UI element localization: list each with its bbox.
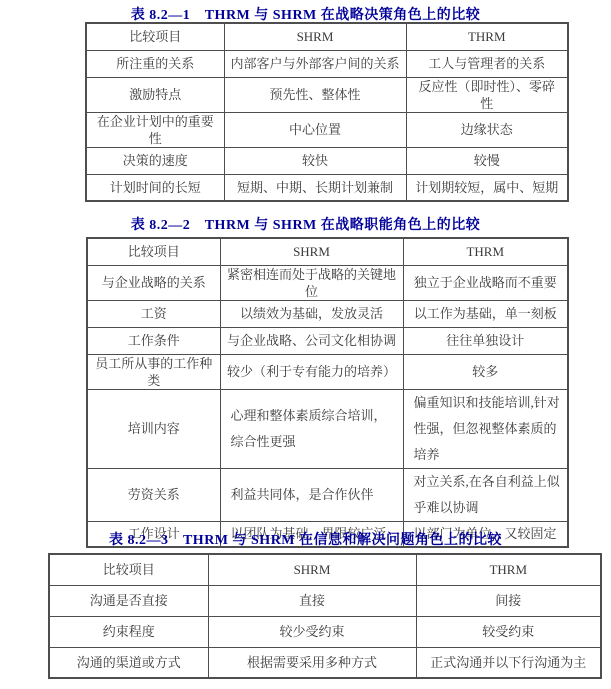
data-cell-shrm: 心理和整体素质综合培训，综合性更强 bbox=[220, 389, 403, 468]
data-cell-thrm: 较慢 bbox=[406, 147, 568, 174]
table-2-strategic-function-comparison: 比较项目 SHRM THRM 与企业战略的关系 紧密相连而处于战略的关键地位 独… bbox=[86, 237, 569, 548]
data-cell-thrm: 对立关系,在各自利益上似乎难以协调 bbox=[403, 468, 568, 521]
data-cell-thrm: 以工作为基础，单一刻板 bbox=[403, 300, 568, 327]
table-row: 培训内容 心理和整体素质综合培训，综合性更强 偏重知识和技能培训,针对性强，但忽… bbox=[87, 389, 568, 468]
table-row: 计划时间的长短 短期、中期、长期计划兼制 计划期较短，属中、短期 bbox=[86, 174, 568, 201]
header-cell-thrm: THRM bbox=[406, 23, 568, 50]
data-cell-thrm: 独立于企业战略而不重要 bbox=[403, 265, 568, 300]
row-label-cell: 员工所从事的工作种类 bbox=[87, 354, 220, 389]
table-row: 沟通是否直接 直接 间接 bbox=[49, 585, 601, 616]
data-cell-shrm: 与企业战略、公司文化相协调 bbox=[220, 327, 403, 354]
table-1-title: 表 8.2—1 THRM 与 SHRM 在战略决策角色上的比较 bbox=[0, 4, 611, 24]
table-row: 激励特点 预先性、整体性 反应性（即时性）、零碎性 bbox=[86, 77, 568, 112]
data-cell-thrm: 较多 bbox=[403, 354, 568, 389]
table-row: 工作条件 与企业战略、公司文化相协调 往往单独设计 bbox=[87, 327, 568, 354]
table-row: 员工所从事的工作种类 较少（利于专有能力的培养） 较多 bbox=[87, 354, 568, 389]
header-cell-shrm: SHRM bbox=[208, 554, 416, 585]
data-cell-thrm: 较受约束 bbox=[416, 616, 601, 647]
data-cell-shrm: 利益共同体，是合作伙伴 bbox=[220, 468, 403, 521]
header-cell-compare-item: 比较项目 bbox=[86, 23, 224, 50]
data-cell-shrm: 直接 bbox=[208, 585, 416, 616]
header-cell-thrm: THRM bbox=[416, 554, 601, 585]
row-label-cell: 劳资关系 bbox=[87, 468, 220, 521]
table-row: 约束程度 较少受约束 较受约束 bbox=[49, 616, 601, 647]
data-cell-shrm: 较少受约束 bbox=[208, 616, 416, 647]
data-cell-thrm: 正式沟通并以下行沟通为主 bbox=[416, 647, 601, 678]
row-label-cell: 激励特点 bbox=[86, 77, 224, 112]
table-row-header: 比较项目 SHRM THRM bbox=[49, 554, 601, 585]
data-cell-thrm: 间接 bbox=[416, 585, 601, 616]
document-page: 表 8.2—1 THRM 与 SHRM 在战略决策角色上的比较 比较项目 SHR… bbox=[0, 0, 611, 689]
data-cell-shrm: 紧密相连而处于战略的关键地位 bbox=[220, 265, 403, 300]
table-row-header: 比较项目 SHRM THRM bbox=[87, 238, 568, 265]
data-cell-shrm: 较少（利于专有能力的培养） bbox=[220, 354, 403, 389]
row-label-cell: 在企业计划中的重要性 bbox=[86, 112, 224, 147]
header-cell-shrm: SHRM bbox=[224, 23, 406, 50]
row-label-cell: 与企业战略的关系 bbox=[87, 265, 220, 300]
data-cell-shrm: 预先性、整体性 bbox=[224, 77, 406, 112]
row-label-cell: 工作条件 bbox=[87, 327, 220, 354]
table-row: 劳资关系 利益共同体，是合作伙伴 对立关系,在各自利益上似乎难以协调 bbox=[87, 468, 568, 521]
row-label-cell: 计划时间的长短 bbox=[86, 174, 224, 201]
data-cell-shrm: 中心位置 bbox=[224, 112, 406, 147]
data-cell-thrm: 偏重知识和技能培训,针对性强，但忽视整体素质的培养 bbox=[403, 389, 568, 468]
table-row: 沟通的渠道或方式 根据需要采用多种方式 正式沟通并以下行沟通为主 bbox=[49, 647, 601, 678]
table-1-strategic-decision-comparison: 比较项目 SHRM THRM 所注重的关系 内部客户与外部客户间的关系 工人与管… bbox=[85, 22, 569, 202]
table-row: 决策的速度 较快 较慢 bbox=[86, 147, 568, 174]
data-cell-thrm: 往往单独设计 bbox=[403, 327, 568, 354]
data-cell-shrm: 内部客户与外部客户间的关系 bbox=[224, 50, 406, 77]
table-row: 与企业战略的关系 紧密相连而处于战略的关键地位 独立于企业战略而不重要 bbox=[87, 265, 568, 300]
row-label-cell: 约束程度 bbox=[49, 616, 208, 647]
row-label-cell: 沟通是否直接 bbox=[49, 585, 208, 616]
header-cell-thrm: THRM bbox=[403, 238, 568, 265]
row-label-cell: 决策的速度 bbox=[86, 147, 224, 174]
data-cell-thrm: 工人与管理者的关系 bbox=[406, 50, 568, 77]
table-row-header: 比较项目 SHRM THRM bbox=[86, 23, 568, 50]
header-cell-compare-item: 比较项目 bbox=[49, 554, 208, 585]
table-row: 在企业计划中的重要性 中心位置 边缘状态 bbox=[86, 112, 568, 147]
data-cell-thrm: 边缘状态 bbox=[406, 112, 568, 147]
row-label-cell: 工资 bbox=[87, 300, 220, 327]
row-label-cell: 培训内容 bbox=[87, 389, 220, 468]
table-row: 所注重的关系 内部客户与外部客户间的关系 工人与管理者的关系 bbox=[86, 50, 568, 77]
data-cell-shrm: 以绩效为基础，发放灵活 bbox=[220, 300, 403, 327]
table-3-title: 表 8.2—3 THRM 与 SHRM 在信息和解决问题角色上的比较 bbox=[0, 529, 611, 549]
data-cell-shrm: 较快 bbox=[224, 147, 406, 174]
table-row: 工资 以绩效为基础，发放灵活 以工作为基础，单一刻板 bbox=[87, 300, 568, 327]
table-2-title: 表 8.2—2 THRM 与 SHRM 在战略职能角色上的比较 bbox=[0, 214, 611, 234]
data-cell-shrm: 根据需要采用多种方式 bbox=[208, 647, 416, 678]
data-cell-shrm: 短期、中期、长期计划兼制 bbox=[224, 174, 406, 201]
row-label-cell: 所注重的关系 bbox=[86, 50, 224, 77]
header-cell-shrm: SHRM bbox=[220, 238, 403, 265]
table-3-information-problem-solving-comparison: 比较项目 SHRM THRM 沟通是否直接 直接 间接 约束程度 较少受约束 较… bbox=[48, 553, 602, 679]
data-cell-thrm: 反应性（即时性）、零碎性 bbox=[406, 77, 568, 112]
data-cell-thrm: 计划期较短，属中、短期 bbox=[406, 174, 568, 201]
row-label-cell: 沟通的渠道或方式 bbox=[49, 647, 208, 678]
header-cell-compare-item: 比较项目 bbox=[87, 238, 220, 265]
